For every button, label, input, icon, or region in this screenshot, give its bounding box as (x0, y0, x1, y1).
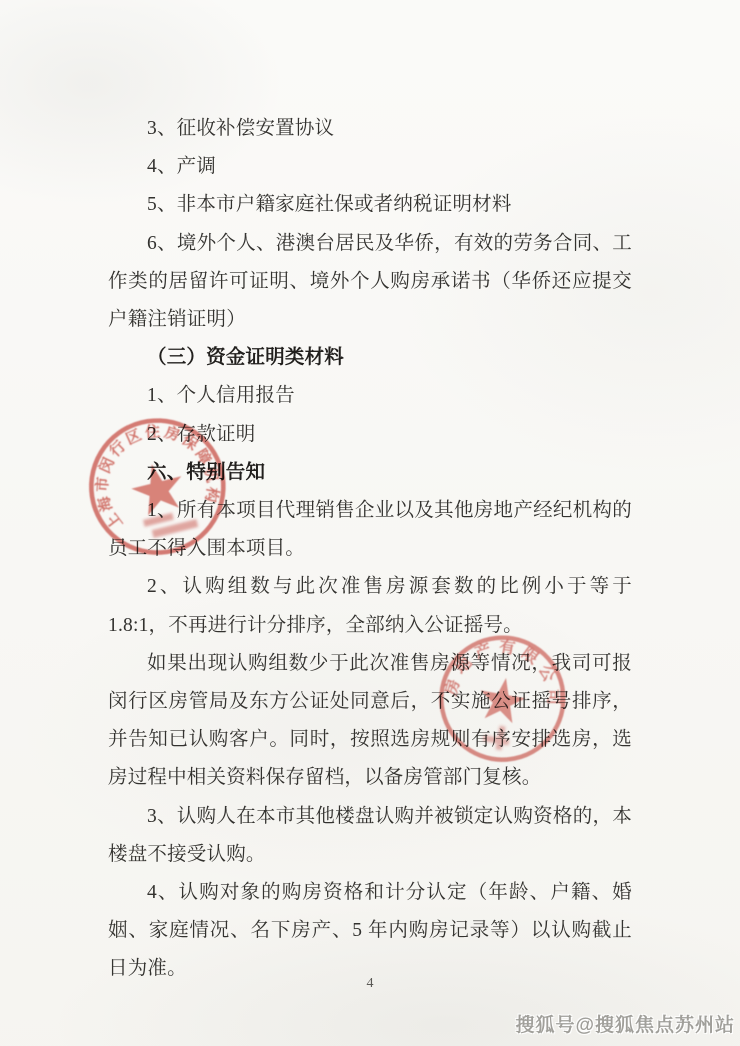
section-heading: （三）资金证明类材料 (108, 339, 632, 377)
sohu-watermark: 搜狐号@搜狐焦点苏州站 (515, 1010, 735, 1037)
paragraph: 4、认购对象的购房资格和计分认定（年龄、户籍、婚姻、家庭情况、名下房产、5 年内… (108, 874, 632, 989)
paragraph: 3、征收补偿安置协议 (108, 110, 632, 148)
document-body: 3、征收补偿安置协议4、产调5、非本市户籍家庭社保或者纳税证明材料6、境外个人、… (108, 110, 632, 989)
paragraph: 2、存款证明 (108, 416, 632, 454)
paragraph: 3、认购人在本市其他楼盘认购并被锁定认购资格的，本楼盘不接受认购。 (108, 798, 632, 874)
paragraph: 1、个人信用报告 (108, 377, 632, 415)
paragraph: 5、非本市户籍家庭社保或者纳税证明材料 (108, 186, 632, 224)
paragraph: 6、境外个人、港澳台居民及华侨，有效的劳务合同、工作类的居留许可证明、境外个人购… (108, 225, 632, 340)
paragraph: 4、产调 (108, 148, 632, 186)
paragraph: 1、所有本项目代理销售企业以及其他房地产经纪机构的员工不得入围本项目。 (108, 492, 632, 568)
paragraph: 2、认购组数与此次准售房源套数的比例小于等于 1.8:1，不再进行计分排序，全部… (108, 568, 632, 644)
page-number: 4 (0, 976, 740, 992)
paragraph: 如果出现认购组数少于此次准售房源等情况，我司可报闵行区房管局及东方公证处同意后，… (108, 645, 632, 798)
section-heading: 六、特别告知 (108, 454, 632, 492)
